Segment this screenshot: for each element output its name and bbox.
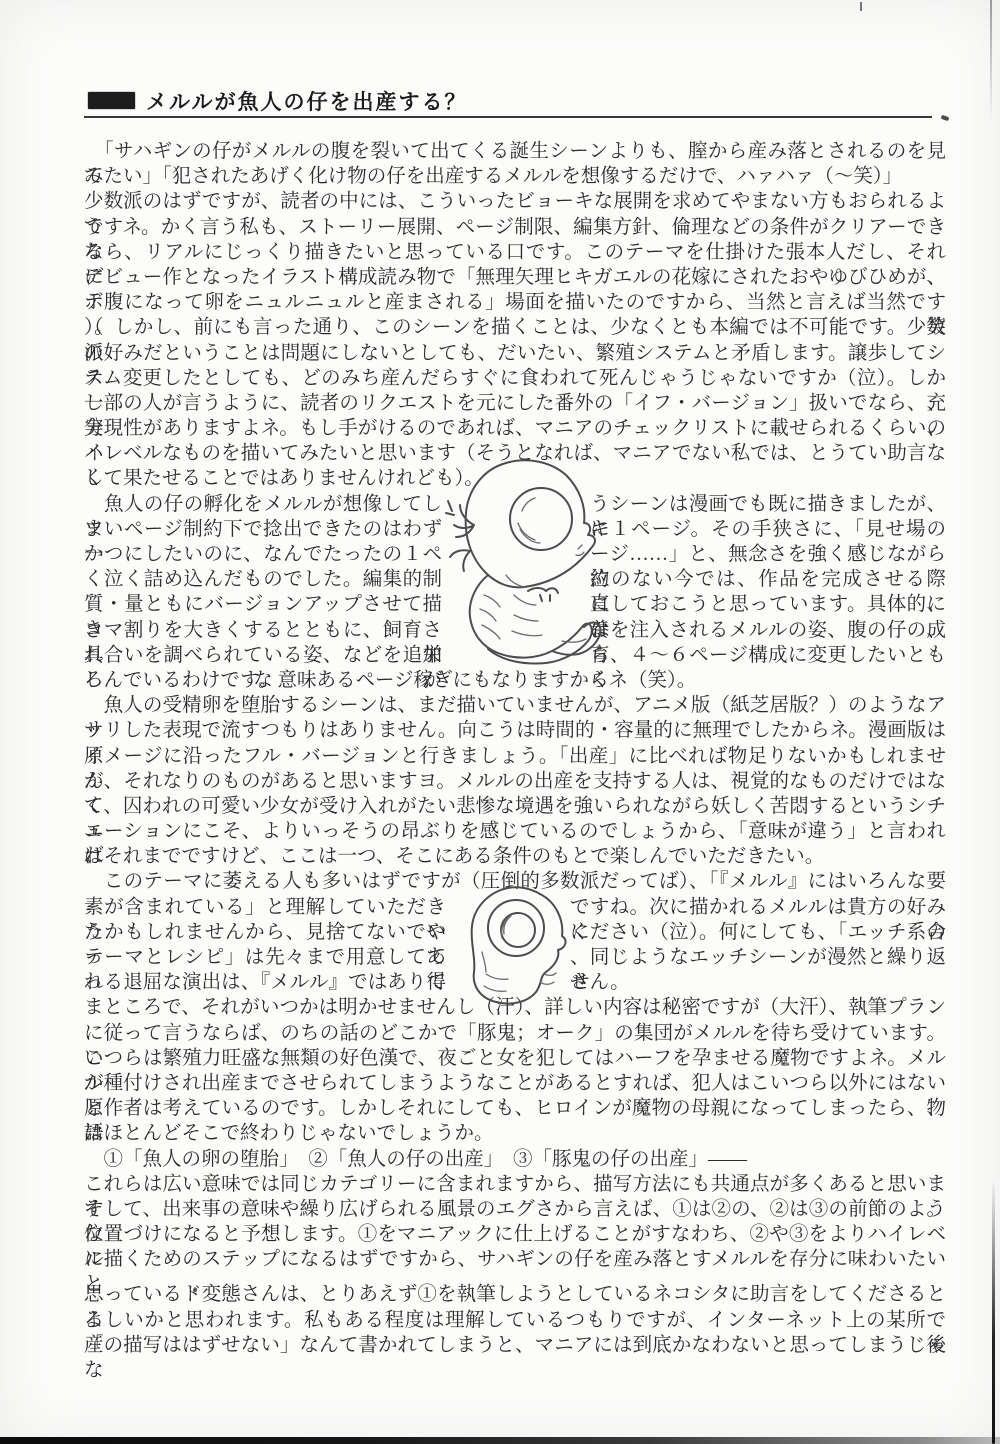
text-line: 「サハギンの仔がメルルの腹を裂いて出てくる誕生シーンよりも、膣から産み落とされる… [84, 139, 946, 164]
text-line: れる退屈な演出は、『メルル』ではあり得ません。 [84, 970, 946, 995]
text-line: に従って言うならば、のちの話のどこかで「豚鬼；オーク」の集団がメルルを待ち受けて… [84, 1021, 946, 1046]
text-line: 実現性がありますよネ。もし手がけるのであれば、マニアのチェックリストに載せられる… [84, 416, 946, 441]
text-line: ①「魚人の卵の堕胎」 ②「魚人の仔の出産」 ③「豚鬼の仔の出産」―― [84, 1147, 946, 1172]
text-line: 魚人の仔の孵化をメルルが想像してしまうシーンは漫画でも既に描きましたが、キ [84, 492, 946, 517]
text-line: イレベルなものを描いてみたいと思います（そうとなれば、マニアでない私では、とうて… [84, 441, 946, 466]
text-line: 具合いを調べられている姿、などを追加しながら、４～６ページ構成に変更したいともく [84, 643, 946, 668]
scan-edge-right [992, 1180, 995, 1444]
text-line: ツいページ制約下で捻出できたのはわずかに１ページ。その手狭さに、「見せ場の [84, 517, 946, 542]
text-line: 原作者は考えているのです。しかしそれにしても、ヒロインが魔物の母親になってしまっ… [84, 1096, 946, 1121]
text-line: うかもしれませんから、見捨てないでやってください（泣）。何にしても、「エッチ系の [84, 920, 946, 945]
text-line: みたい」「犯されたあげく化け物の仔を出産するメルルを想像するだけで、ハァハァ（〜… [84, 164, 946, 189]
text-line: ろしいかと思われます。私もある程度は理解しているつもりですが、インターネット上の… [84, 1308, 946, 1333]
header-underline [84, 116, 932, 118]
text-line: ところで、それがいつかは明かせませんし（汗）、詳しい内容は秘密ですが（大汗）、執… [84, 995, 946, 1020]
text-line: が種付けされ出産までさせられてしまうようなことがあるとすれば、犯人はこいつら以外… [84, 1071, 946, 1096]
text-line: デビュー作となったイラスト構成読み物で「無理矢理ヒキガエルの花嫁にされたおやゆび… [84, 265, 946, 290]
text-line: く泣く詰め込んだものでした。編集的制約のない今では、作品を完成させる際に、 [84, 567, 946, 592]
text-line: そして、出来事の意味や繰り広げられる風景のエグさから言えば、①は②の、②は③の前… [84, 1197, 946, 1222]
text-line: 思っているド変態さんは、とりあえず①を執筆しようとしているネコシタに助言をしてく… [84, 1282, 946, 1307]
text-line: なら、リアルにじっくり描きたいと思っている口です。このテーマを仕掛けた張本人だし… [84, 240, 946, 265]
text-line: このテーマに萎える人も多いはずですが（圧倒的多数派だってば）、「『メルル』にはい… [84, 869, 946, 894]
text-line: 一部の人が言うように、読者のリクエストを元にした番外の「イフ・バージョン」扱いで… [84, 391, 946, 416]
text-line: コマ割りを大きくするとともに、飼育され栄養を注入されるメルルの姿、腹の仔の成育 [84, 618, 946, 643]
text-line: いつらは繁殖力旺盛な無類の好色漢で、夜ごと女を犯してはハーフを孕ませる魔物ですよ… [84, 1046, 946, 1071]
text-line: テーマとレシピ」は先々まで用意してあって、同じようなエッチシーンが漫然と繰り返さ [84, 945, 946, 970]
text-line: ）。しかし、前にも言った通り、このシーンを描くことは、少なくとも本編では不可能で… [84, 315, 946, 340]
text-line: 位置づけになると予想します。①をマニアックに仕上げることがすなわち、②や③をより… [84, 1222, 946, 1247]
scan-speck [860, 2, 862, 11]
text-line: 素が含まれている」と理解していただきたいですね。次に描かれるメルルは貴方の好みに… [84, 895, 946, 920]
text-line: サリした表現で流すつもりはありません。向こうは時間的・容量的に無理でしたからネ。… [84, 718, 946, 743]
text-line: 産の描写ははずせない」なんて書かれてしまうと、マニアには到底かなわないと思ってし… [84, 1333, 946, 1358]
text-line: 一つにしたいのに、なんでたったの１ページ……」と、無念さを強く感じながら泣 [84, 542, 946, 567]
section-title: メルルが魚人の仔を出産する？ [146, 86, 467, 116]
text-line: テム変更したとしても、どのみち産んだらすぐに食われて死んじゃうじゃないですか（泣… [84, 366, 946, 391]
text-line: 少数派のはずですが、読者の中には、こういったビョーキな展開を求めてやまない方もお… [84, 189, 946, 214]
text-column: 「サハギンの仔がメルルの腹を裂いて出てくる誕生シーンよりも、膣から産み落とされる… [84, 139, 946, 1358]
text-line: て、囚われの可愛い少女が受け入れがたい悲惨な境遇を強いられながら妖しく苦悶すると… [84, 794, 946, 819]
text-line: して果たせることではありませんけれども）。 [84, 466, 946, 491]
text-line: ろんでいるわけです。意味あるページ稼ぎにもなりますからネ（笑）。 [84, 668, 946, 693]
section-header: メルルが魚人の仔を出産する？ [84, 88, 946, 122]
text-line: エーションにこそ、よりいっそうの昂ぶりを感じているのでしょうから、「意味が違う」… [84, 819, 946, 844]
text-line: イメージに沿ったフル・バージョンと行きましょう。「出産」に比べれば物足りないかも… [84, 744, 946, 769]
black-square-marker [88, 92, 135, 109]
text-line: 質・量ともにバージョンアップさせて描き直しておこうと思っています。具体的には、 [84, 592, 946, 617]
text-line: の好みだということは問題にしないとしても、だいたい、繁殖システムと矛盾します。譲… [84, 341, 946, 366]
text-line: 魚人の受精卵を堕胎するシーンは、まだ描いていませんが、アニメ版（紙芝居版？）のよ… [84, 693, 946, 718]
text-line: これらは広い意味では同じカテゴリーに含まれますから、描写方法にも共通点が多くある… [84, 1172, 946, 1197]
text-line: ですネ。かく言う私も、ストーリー展開、ページ制限、編集方針、倫理などの条件がクリ… [84, 215, 946, 240]
scan-edge-right-top [990, 0, 992, 120]
text-line: が、それなりのものがあると思いますヨ。メルルの出産を支持する人は、視覚的なものだ… [84, 769, 946, 794]
text-line: テ腹になって卵をニュルニュルと産まされる」場面を描いたのですから、当然と言えば当… [84, 290, 946, 315]
text-line: はほとんどそこで終わりじゃないでしょうか。 [84, 1121, 946, 1146]
text-line: に描くためのステップになるはずですから、サハギンの仔を産み落とすメルルを存分に味… [84, 1247, 946, 1272]
scanned-document-page: メルルが魚人の仔を出産する？ 「サハギンの仔がメルルの腹を裂いて出てくる誕生シー… [0, 0, 1000, 1444]
scan-speck [193, 1288, 197, 1292]
scan-edge-bottom [0, 1437, 1000, 1444]
text-line: ばそれまでですけど、ここは一つ、そこにある条件のもとで楽しんでいただきたい。 [84, 844, 946, 869]
